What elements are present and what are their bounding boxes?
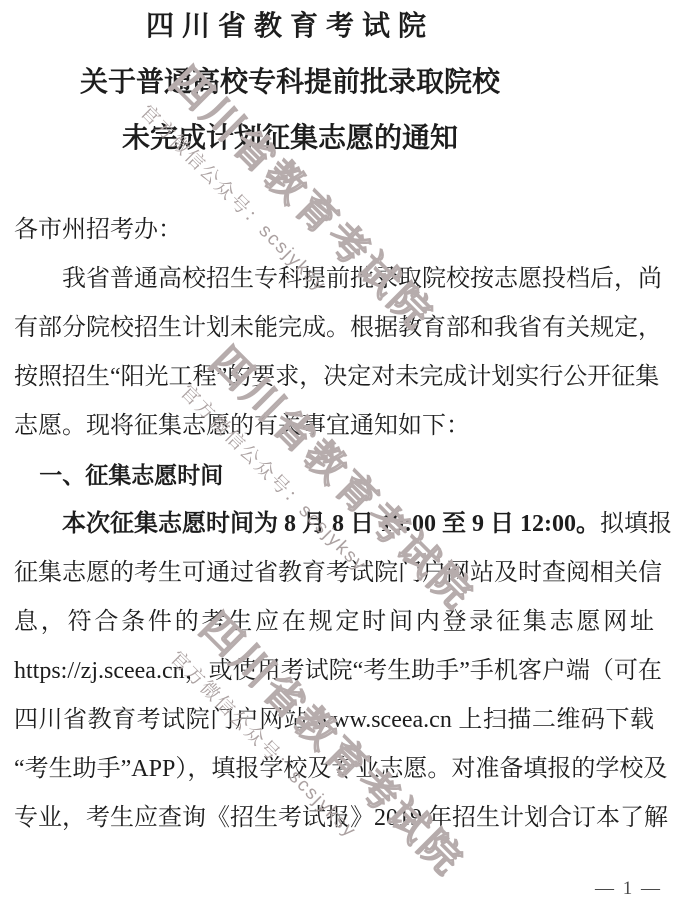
paragraph-2-line-7: 专业，考生应查询《招生考试报》2019 年招生计划合订本了解 — [14, 794, 654, 843]
volunteer-time-bold-text: 本次征集志愿时间为 8 月 8 日 19:00 至 9 日 12:00。 — [62, 511, 600, 537]
paragraph-2-line-1: 本次征集志愿时间为 8 月 8 日 19:00 至 9 日 12:00。拟填报 — [14, 500, 654, 549]
page-number: — 1 — — [595, 878, 662, 900]
paragraph-1-line-3: 按照招生“阳光工程”的要求，决定对未完成计划实行公开征集 — [14, 353, 654, 402]
paragraph-2-line-2: 征集志愿的考生可通过省教育考试院门户网站及时查阅相关信 — [14, 549, 654, 598]
title-line-subject-1: 关于普通高校专科提前批录取院校 — [10, 64, 570, 102]
paragraph-2-line-6: “考生助手”APP），填报学校及专业志愿。对准备填报的学校及 — [14, 745, 654, 794]
paragraph-2-line-1-rest: 拟填报 — [600, 511, 672, 537]
section-1-heading: 一、征集志愿时间 — [14, 451, 654, 500]
paragraph-1-line-2: 有部分院校招生计划未能完成。根据教育部和我省有关规定， — [14, 304, 654, 353]
document-body: 各市州招考办： 我省普通高校招生专科提前批录取院校按志愿投档后，尚 有部分院校招… — [0, 206, 680, 843]
paragraph-2-line-5-url: 四川省教育考试院门户网站 www.sceea.cn 上扫描二维码下载 — [14, 696, 654, 745]
document-title: 四川省教育考试院 关于普通高校专科提前批录取院校 未完成计划征集志愿的通知 — [10, 0, 570, 158]
scanned-notice-page: 四川省教育考试院 官方微信公众号：scsjyksy 四川省教育考试院 官方微信公… — [0, 0, 680, 912]
salutation-line: 各市州招考办： — [14, 206, 654, 255]
title-line-issuer: 四川省教育考试院 — [10, 8, 570, 46]
paragraph-1-line-1: 我省普通高校招生专科提前批录取院校按志愿投档后，尚 — [14, 255, 654, 304]
paragraph-2-line-3: 息，符合条件的考生应在规定时间内登录征集志愿网址 — [14, 598, 654, 647]
paragraph-2-line-4-url: https://zj.sceea.cn，或使用考试院“考生助手”手机客户端（可在 — [14, 647, 654, 696]
title-line-subject-2: 未完成计划征集志愿的通知 — [10, 120, 570, 158]
paragraph-1-line-4: 志愿。现将征集志愿的有关事宜通知如下： — [14, 402, 654, 451]
